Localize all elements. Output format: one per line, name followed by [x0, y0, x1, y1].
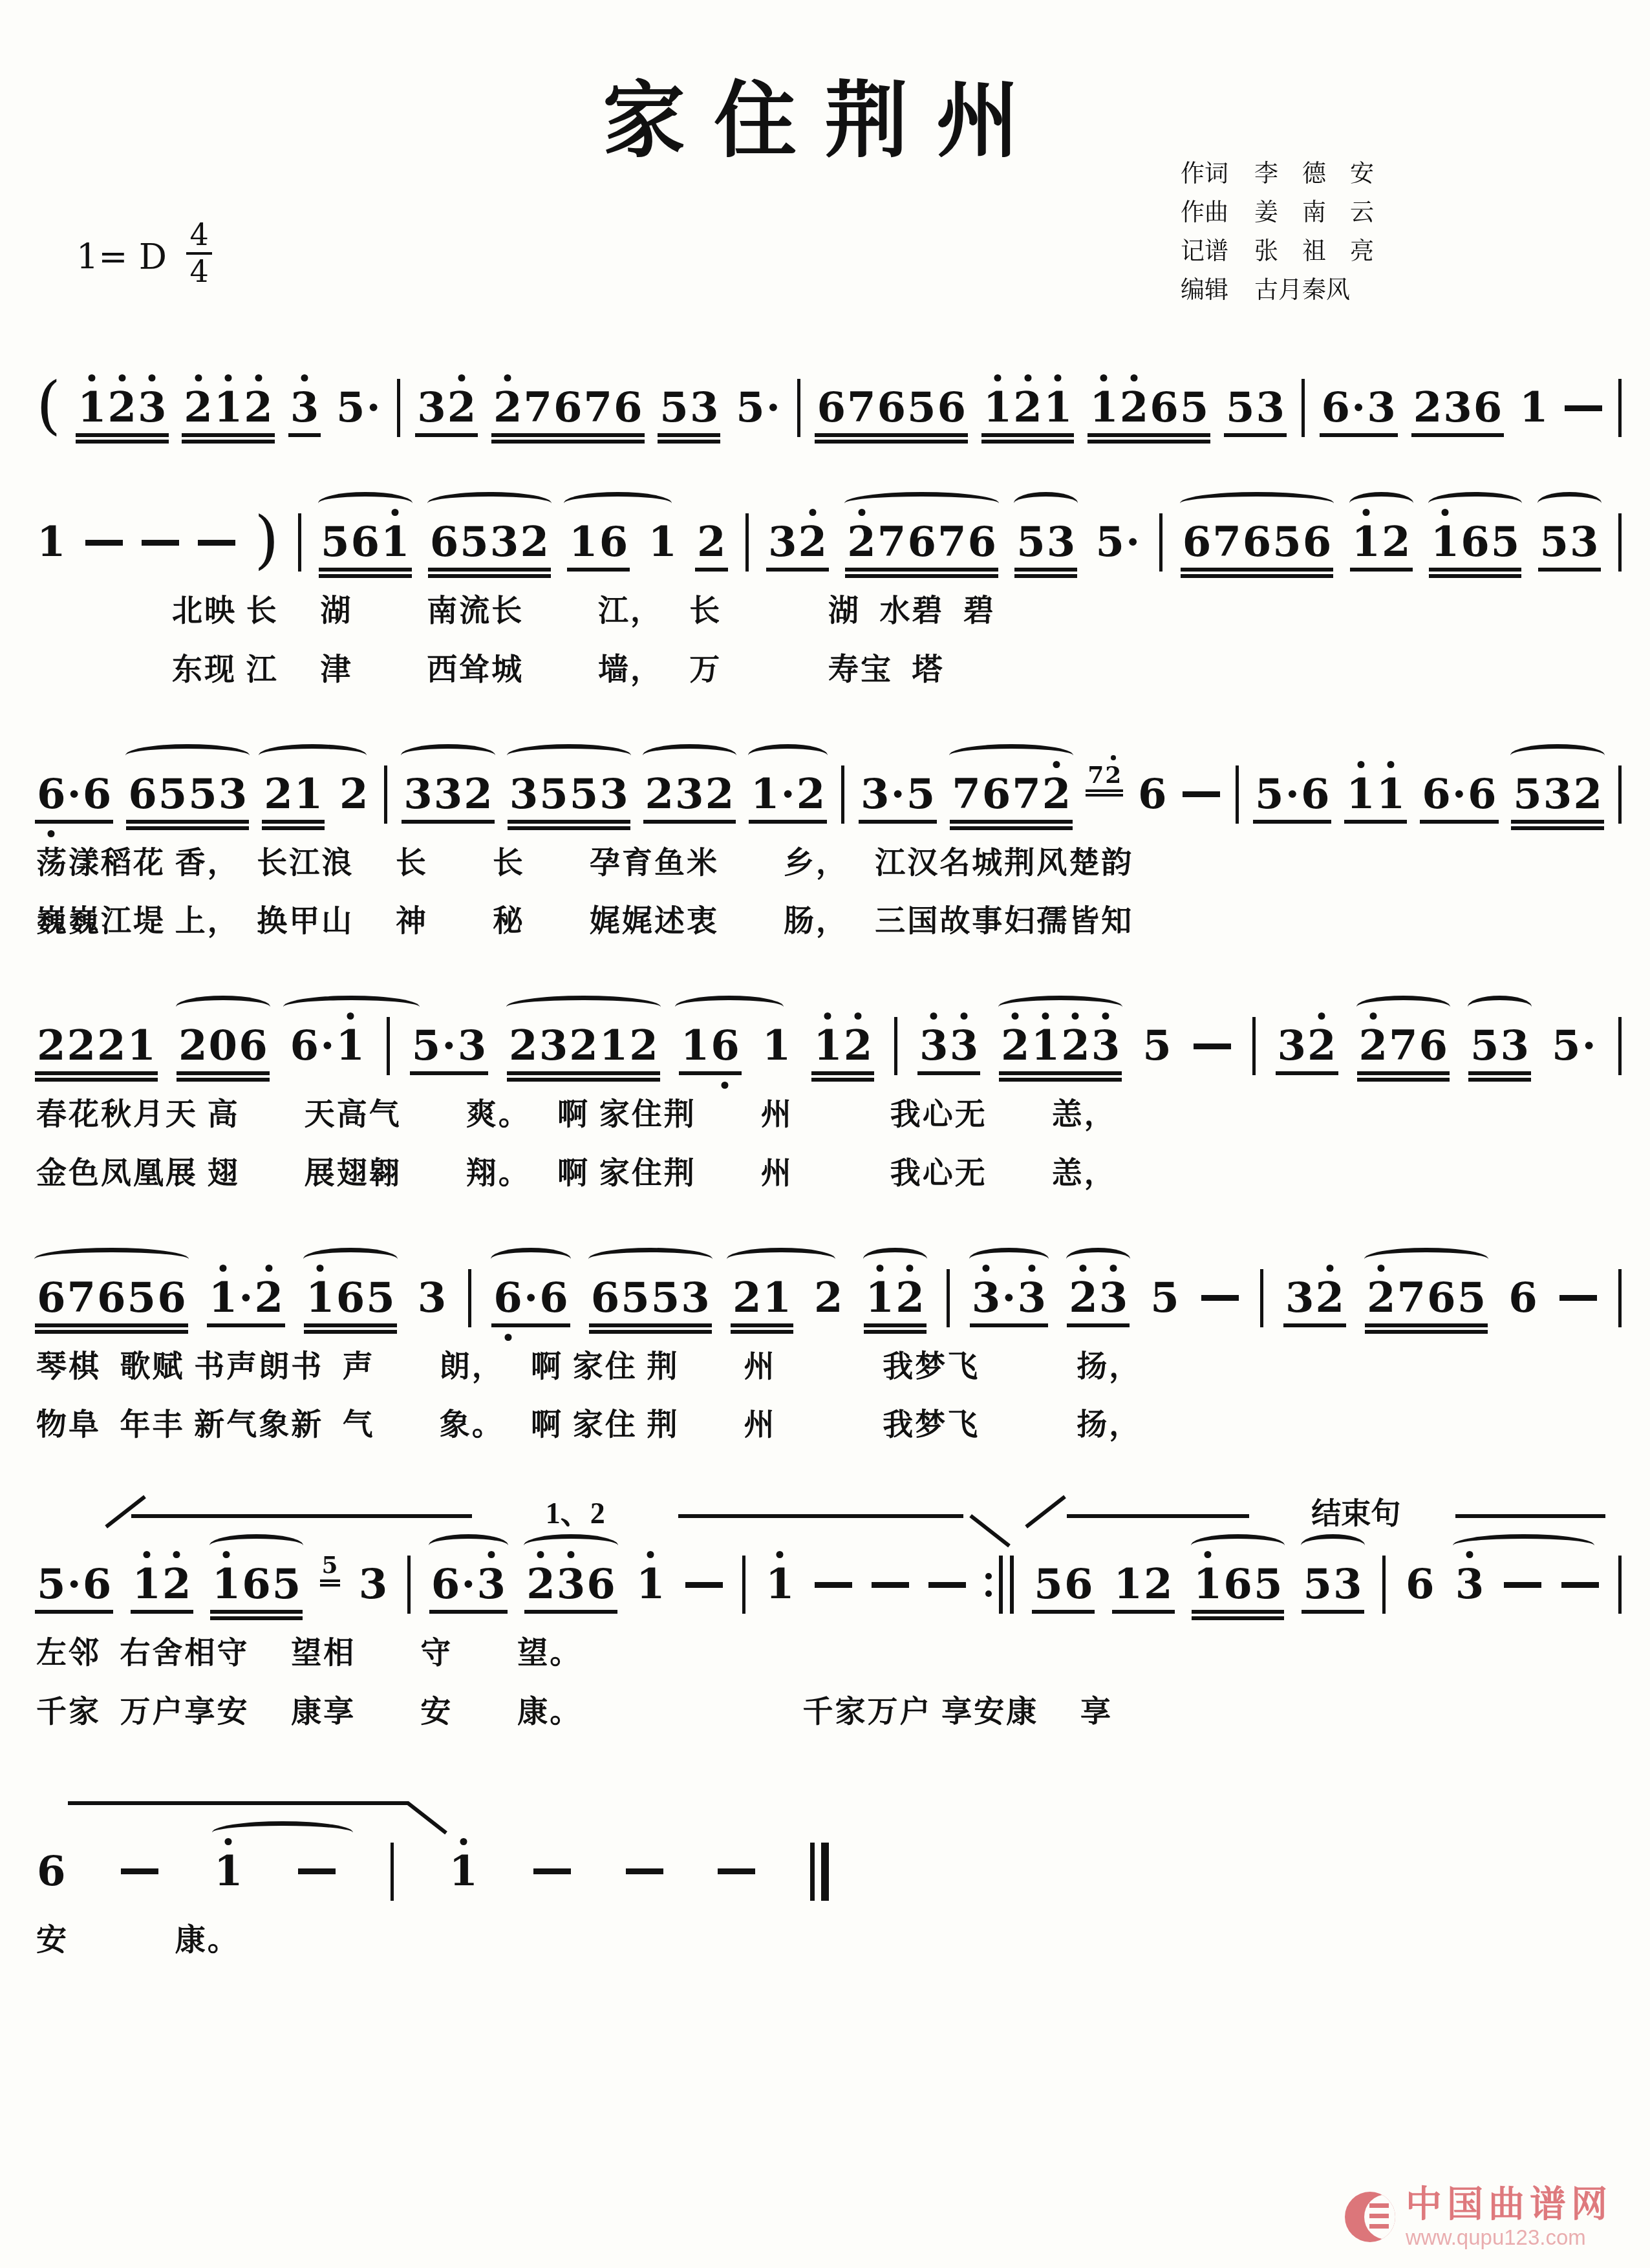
beam-underline — [1302, 1610, 1364, 1614]
lyric-line-2: 物阜 年丰 新气象新 气 象。 啊 家住 荆 州 我梦飞 扬， — [36, 1406, 1622, 1444]
credits-block: 作词李 德 安作曲姜 南 云记谱张 祖 亮编辑古月秦风 — [1181, 155, 1461, 310]
octave-dot-high — [255, 374, 262, 381]
octave-dot-low — [504, 1334, 511, 1341]
beam-underline — [507, 1071, 660, 1075]
note-token: 1 — [1519, 387, 1549, 429]
note-token: 561 — [320, 522, 411, 563]
beam-underline — [508, 820, 630, 824]
note-token: 232 — [645, 774, 735, 815]
beam-underline — [1365, 1330, 1488, 1334]
beam-underline — [1181, 568, 1334, 572]
beam-underline — [507, 1078, 660, 1082]
note-token: 212 — [183, 387, 273, 429]
dash-note — [1559, 1295, 1597, 1301]
slur-arc — [1301, 1534, 1365, 1557]
beam-underline — [177, 1071, 270, 1075]
beam-underline — [1420, 820, 1498, 824]
note-token: 7672 — [951, 774, 1071, 815]
lyric-line-2: 金色凤凰展 翅 展翅翱 翔。 啊 家住荆 州 我心无 恙， — [36, 1155, 1622, 1193]
beam-underline — [491, 433, 645, 437]
slur-arc — [675, 996, 784, 1018]
octave-dot-high — [1318, 1012, 1325, 1020]
beam-underline — [815, 433, 968, 437]
slur-arc — [34, 1248, 189, 1270]
beam-underline — [999, 1071, 1122, 1075]
octave-dot-high — [1130, 374, 1137, 381]
note-token: 53 — [1016, 522, 1076, 563]
system-5: 676561·216536·66553212123·32353227656琴棋 … — [36, 1228, 1622, 1445]
slur-arc — [507, 744, 631, 767]
octave-dot-high — [265, 1265, 272, 1272]
beam-underline — [207, 1323, 285, 1327]
barline — [1260, 1269, 1263, 1327]
beam-underline — [1429, 574, 1522, 578]
dash-note — [85, 540, 123, 546]
slur-arc — [209, 1534, 304, 1557]
slur-arc — [998, 996, 1122, 1018]
beam-underline — [1350, 568, 1413, 572]
note-token: 1·2 — [750, 774, 826, 815]
beam-underline — [76, 440, 169, 444]
barline — [391, 1843, 394, 1901]
bracket-slash — [1025, 1495, 1066, 1528]
sheet-music-page: 家住荆州 作词李 德 安作曲姜 南 云记谱张 祖 亮编辑古月秦风 1= D 4 … — [0, 0, 1650, 2268]
note-token: 2765 — [1366, 1278, 1486, 1319]
note-token: 11 — [1345, 774, 1406, 815]
beam-underline — [491, 440, 645, 444]
slur-arc — [1014, 492, 1078, 515]
beam-underline — [859, 820, 937, 824]
note-token: 123 — [77, 387, 167, 429]
beam-underline — [658, 433, 720, 437]
barline — [1618, 513, 1622, 572]
octave-dot-high — [458, 374, 465, 381]
barline — [1236, 765, 1239, 824]
beam-underline — [415, 433, 478, 437]
beam-underline — [845, 574, 998, 578]
slur-arc — [748, 744, 828, 767]
beam-underline — [131, 1610, 193, 1614]
beam-underline — [76, 433, 169, 437]
beam-underline — [35, 820, 113, 824]
credit-row: 作词李 德 安 — [1181, 155, 1461, 194]
note-token: 6553 — [127, 774, 248, 815]
note-token: 56 — [1033, 1564, 1093, 1605]
barline — [841, 765, 844, 824]
dash-note — [626, 1868, 663, 1874]
beam-underline — [1112, 1610, 1175, 1614]
note-token: 3 — [1455, 1564, 1485, 1605]
barline — [1382, 1556, 1386, 1614]
watermark: 中国曲谱网 www.qupu123.com — [1345, 2184, 1612, 2250]
beam-underline — [262, 826, 325, 830]
note-token: 67656 — [1182, 522, 1333, 563]
note-token: 5· — [336, 387, 381, 429]
dash-note — [142, 540, 179, 546]
system-3: 6·6655321233235532321·23·576727265·6116·… — [36, 724, 1622, 941]
octave-dot-high — [143, 1551, 150, 1558]
note-token: 5·3 — [411, 1025, 487, 1067]
note-token: 2 — [696, 522, 727, 563]
note-token: 276 — [1358, 1025, 1449, 1067]
note-token: 165 — [211, 1564, 302, 1605]
dash-note — [121, 1868, 158, 1874]
note-token: 27676 — [493, 387, 643, 429]
octave-dot-high — [1024, 374, 1031, 381]
beam-underline — [177, 1078, 270, 1082]
note-token: 5· — [735, 387, 781, 429]
barline — [1618, 1556, 1622, 1614]
barline — [797, 379, 800, 437]
note-token: 2221 — [36, 1025, 156, 1067]
note-token: 165 — [1193, 1564, 1283, 1605]
system-2: 1)561653216123227676535·676561216553北映 长… — [36, 472, 1622, 689]
slur-arc — [727, 1248, 835, 1270]
notes-row: 22212066·15·32321216112332123532276535· — [36, 976, 1622, 1075]
lyric-line-2: 巍巍江堤 上， 换甲山 神 秘 娓娓述衷 肠， 三国故事妇孺皆知 — [36, 903, 1622, 941]
slur-arc — [1066, 1248, 1130, 1270]
barline — [1302, 379, 1305, 437]
slur-arc — [1428, 492, 1523, 515]
beam-underline — [1538, 568, 1601, 572]
beam-underline — [695, 568, 728, 572]
note-token: 6 — [36, 1851, 67, 1892]
slur-arc — [949, 744, 1073, 767]
beam-underline — [864, 1323, 927, 1327]
credit-row: 编辑古月秦风 — [1181, 272, 1461, 310]
note-token: 6·6 — [36, 774, 112, 815]
beam-underline — [731, 1323, 793, 1327]
note-token: 2 — [339, 774, 369, 815]
slur-arc — [259, 744, 367, 767]
credit-name: 古月秦风 — [1254, 272, 1461, 310]
slur-arc — [506, 996, 661, 1018]
note-token: 23 — [1068, 1278, 1128, 1319]
beam-underline — [1411, 433, 1505, 437]
note-token: 165 — [1430, 522, 1521, 563]
slur-arc — [863, 1248, 927, 1270]
note-token: 2123 — [1000, 1025, 1120, 1067]
bracket-slash — [407, 1801, 448, 1835]
barline — [1618, 1017, 1622, 1075]
credit-name: 李 德 安 — [1254, 155, 1461, 194]
octave-dot-high — [960, 1012, 967, 1020]
dash-note — [815, 1582, 852, 1588]
note-token: 5·6 — [36, 1564, 112, 1605]
beam-underline — [749, 820, 827, 824]
beam-underline — [1511, 820, 1604, 824]
bracket-slash — [105, 1495, 147, 1528]
note-token: 6553 — [590, 1278, 711, 1319]
time-signature: 4 4 — [186, 220, 212, 287]
final-barline — [810, 1843, 829, 1901]
barline — [468, 1269, 471, 1327]
slur-arc — [969, 1248, 1049, 1270]
note-token: 121 — [983, 387, 1073, 429]
beam-underline — [320, 1584, 340, 1587]
octave-dot-high — [854, 1012, 861, 1020]
repeat-barline — [985, 1556, 1014, 1614]
note-token: 236 — [1413, 387, 1503, 429]
system-6: 1、2结束句5·612165536·32361156121655363左邻 右舍… — [36, 1479, 1622, 1731]
slur-arc — [524, 1534, 618, 1557]
note-token: 16 — [568, 522, 628, 563]
slur-arc — [283, 996, 420, 1018]
score: (12321235·3227676535·676561211265536·323… — [36, 337, 1622, 1994]
parenthesis: ) — [254, 511, 279, 569]
octave-dot-high — [1387, 761, 1395, 768]
beam-underline — [1014, 574, 1077, 578]
barline — [407, 1556, 411, 1614]
octave-dot-high — [777, 1551, 784, 1558]
beam-underline — [658, 440, 720, 444]
dash-note — [1183, 791, 1220, 797]
slur-arc — [429, 1534, 508, 1557]
note-token: 5· — [1551, 1025, 1597, 1067]
beam-underline — [1468, 1078, 1531, 1082]
beam-underline — [288, 433, 321, 437]
beam-underline — [1357, 1078, 1450, 1082]
barline — [387, 1017, 390, 1075]
credit-label: 作词 — [1181, 155, 1228, 194]
octave-dot-low — [722, 1082, 729, 1089]
dash-note — [1504, 1582, 1541, 1588]
note-token: 67656 — [816, 387, 967, 429]
beam-underline — [1192, 1616, 1285, 1620]
dash-note — [1201, 1295, 1239, 1301]
note-token: 53 — [1303, 1564, 1363, 1605]
beam-underline — [182, 433, 275, 437]
system-4: 22212066·15·32321216112332123532276535·春… — [36, 976, 1622, 1193]
beam-underline — [1511, 826, 1604, 830]
beam-underline — [1086, 789, 1123, 792]
note-token: 1 — [449, 1851, 479, 1892]
key-signature: 1= D 4 4 — [76, 224, 212, 291]
slur-arc — [1510, 744, 1605, 767]
beam-underline — [210, 1616, 303, 1620]
credit-row: 作曲姜 南 云 — [1181, 194, 1461, 233]
beam-underline — [182, 440, 275, 444]
beam-underline — [1032, 1610, 1095, 1614]
lyric-line-2: 千家 万户享安 康享 安 康。 千家万户 享安康 享 — [36, 1693, 1622, 1731]
slur-arc — [125, 744, 250, 767]
beam-underline — [1253, 820, 1331, 824]
credit-label: 编辑 — [1181, 272, 1228, 310]
watermark-site-name: 中国曲谱网 — [1406, 2184, 1612, 2225]
octave-dot-high — [118, 374, 125, 381]
credit-label: 记谱 — [1181, 233, 1228, 272]
notes-row: (12321235·3227676535·676561211265536·323… — [36, 337, 1622, 437]
note-token: 33 — [919, 1025, 979, 1067]
note-token: 53 — [659, 387, 719, 429]
beam-underline — [1283, 1323, 1346, 1327]
beam-underline — [491, 1323, 570, 1327]
lyric-line-1: 安 康。 — [36, 1921, 1622, 1960]
note-token: 53 — [1225, 387, 1285, 429]
slur-arc — [1453, 1534, 1594, 1557]
octave-dot-high — [1055, 374, 1062, 381]
beam-underline — [1357, 1071, 1450, 1075]
octave-dot-high — [301, 374, 308, 381]
note-token: 206 — [178, 1025, 268, 1067]
note-token: 5 — [1150, 1278, 1180, 1319]
beam-underline — [1014, 568, 1077, 572]
barline — [947, 1269, 950, 1327]
barline — [742, 1556, 745, 1614]
bracket-line — [131, 1514, 472, 1518]
beam-underline — [126, 820, 249, 824]
barline — [298, 513, 301, 572]
note-token: 165 — [305, 1278, 396, 1319]
octave-dot-high — [1326, 1265, 1333, 1272]
barline — [894, 1017, 897, 1075]
octave-dot-high — [809, 509, 816, 516]
beam-underline — [917, 1071, 980, 1075]
octave-dot-high — [1357, 761, 1364, 768]
note-token: 1 — [213, 1851, 244, 1892]
beam-underline — [35, 1330, 188, 1334]
beam-underline — [845, 568, 998, 572]
dash-note — [1194, 1043, 1231, 1049]
beam-underline — [319, 568, 412, 572]
note-token: 12 — [865, 1278, 925, 1319]
slur-arc — [564, 492, 672, 515]
dash-note — [928, 1582, 966, 1588]
beam-underline — [811, 1071, 874, 1075]
barline — [1618, 1269, 1622, 1327]
octave-dot-high — [1100, 374, 1108, 381]
bracket-slash — [969, 1514, 1011, 1548]
beam-underline — [567, 568, 630, 572]
note-token: 2 — [813, 1278, 844, 1319]
notes-row: 6·6655321233235532321·23·576727265·6116·… — [36, 724, 1622, 824]
beam-underline — [1067, 1323, 1130, 1327]
note-token: 6532 — [429, 522, 550, 563]
beam-underline — [1429, 568, 1522, 572]
beam-underline — [1224, 433, 1287, 437]
dash-note — [533, 1868, 571, 1874]
lyric-line-1: 荡漾稻花 香， 长江浪 长 长 孕育鱼米 乡， 江汉名城荆风楚韵 — [36, 844, 1622, 883]
octave-dot-high — [195, 374, 202, 381]
note-token: 23212 — [508, 1025, 659, 1067]
beam-underline — [35, 1071, 158, 1075]
note-token: 1 — [36, 522, 67, 563]
note-token: 21 — [732, 1278, 792, 1319]
repeat-dots — [985, 1573, 992, 1597]
volta-label: 1、2 — [480, 1490, 670, 1532]
slur-arc — [1349, 492, 1413, 515]
beam-underline — [1181, 574, 1334, 578]
slur-arc — [1537, 492, 1602, 515]
slur-arc — [1191, 1534, 1285, 1557]
barline — [397, 379, 400, 437]
bracket-line — [1455, 1514, 1606, 1518]
beam-underline — [731, 1330, 793, 1334]
beam-underline — [766, 568, 829, 572]
beam-underline — [508, 826, 630, 830]
beam-underline — [402, 820, 495, 824]
beam-underline — [428, 574, 551, 578]
note-token: 53 — [1470, 1025, 1530, 1067]
dash-note — [718, 1868, 755, 1874]
slur-arc — [318, 492, 412, 515]
grace-note: 72 — [1087, 764, 1122, 787]
barline — [384, 765, 387, 824]
dash-note — [1565, 405, 1602, 411]
beam-underline — [304, 1323, 397, 1327]
beam-underline — [999, 1078, 1122, 1082]
beam-underline — [1192, 1610, 1285, 1614]
beam-underline — [970, 1323, 1048, 1327]
key-label: 1= D — [76, 237, 167, 277]
beam-underline — [262, 820, 325, 824]
beam-underline — [811, 1078, 874, 1082]
barline — [1618, 379, 1622, 437]
slur-arc — [1364, 1248, 1488, 1270]
note-token: 21 — [263, 774, 323, 815]
beam-underline — [1087, 433, 1210, 437]
slur-arc — [588, 1248, 712, 1270]
beam-underline — [35, 1078, 158, 1082]
note-token: 32 — [1285, 1278, 1345, 1319]
watermark-url: www.qupu123.com — [1406, 2225, 1612, 2250]
note-token: 6 — [1405, 1564, 1435, 1605]
beam-underline — [320, 1579, 340, 1582]
note-token: 53 — [1539, 522, 1600, 563]
note-token: 12 — [132, 1564, 192, 1605]
bracket-line — [1067, 1514, 1249, 1518]
beam-underline — [126, 826, 249, 830]
note-token: 1265 — [1089, 387, 1209, 429]
note-token: 6·6 — [1421, 774, 1497, 815]
credit-name: 姜 南 云 — [1254, 194, 1461, 233]
note-token: 3 — [358, 1564, 389, 1605]
beam-underline — [1087, 440, 1210, 444]
note-token: 6·6 — [493, 1278, 568, 1319]
note-token: 32 — [416, 387, 477, 429]
octave-dot-high — [1111, 755, 1116, 760]
notes-row: 1)561653216123227676535·676561216553 — [36, 472, 1622, 572]
slur-arc — [427, 492, 552, 515]
note-token: 332 — [403, 774, 493, 815]
slur-arc — [1180, 492, 1334, 515]
slur-arc — [643, 744, 737, 767]
dash-note — [1561, 1582, 1599, 1588]
note-token: 27676 — [846, 522, 997, 563]
grace-note: 5 — [321, 1554, 339, 1577]
note-token: 16 — [680, 1025, 740, 1067]
note-token: 12 — [1351, 522, 1411, 563]
octave-dot-high — [149, 374, 156, 381]
note-token: 5· — [1095, 522, 1141, 563]
note-token: 12 — [813, 1025, 873, 1067]
note-token: 5·6 — [1254, 774, 1330, 815]
dash-note — [298, 1868, 336, 1874]
note-token: 1·2 — [208, 1278, 284, 1319]
note-token: 6·3 — [431, 1564, 506, 1605]
note-token: 6 — [1508, 1278, 1538, 1319]
beam-underline — [210, 1610, 303, 1614]
slur-arc — [212, 1821, 354, 1844]
note-token: 1 — [647, 522, 678, 563]
octave-dot-high — [89, 374, 96, 381]
beam-underline — [981, 440, 1075, 444]
octave-dot-high — [824, 1012, 831, 1020]
beam-underline — [35, 1323, 188, 1327]
beam-underline — [319, 574, 412, 578]
note-token: 532 — [1512, 774, 1603, 815]
note-token: 3553 — [509, 774, 629, 815]
